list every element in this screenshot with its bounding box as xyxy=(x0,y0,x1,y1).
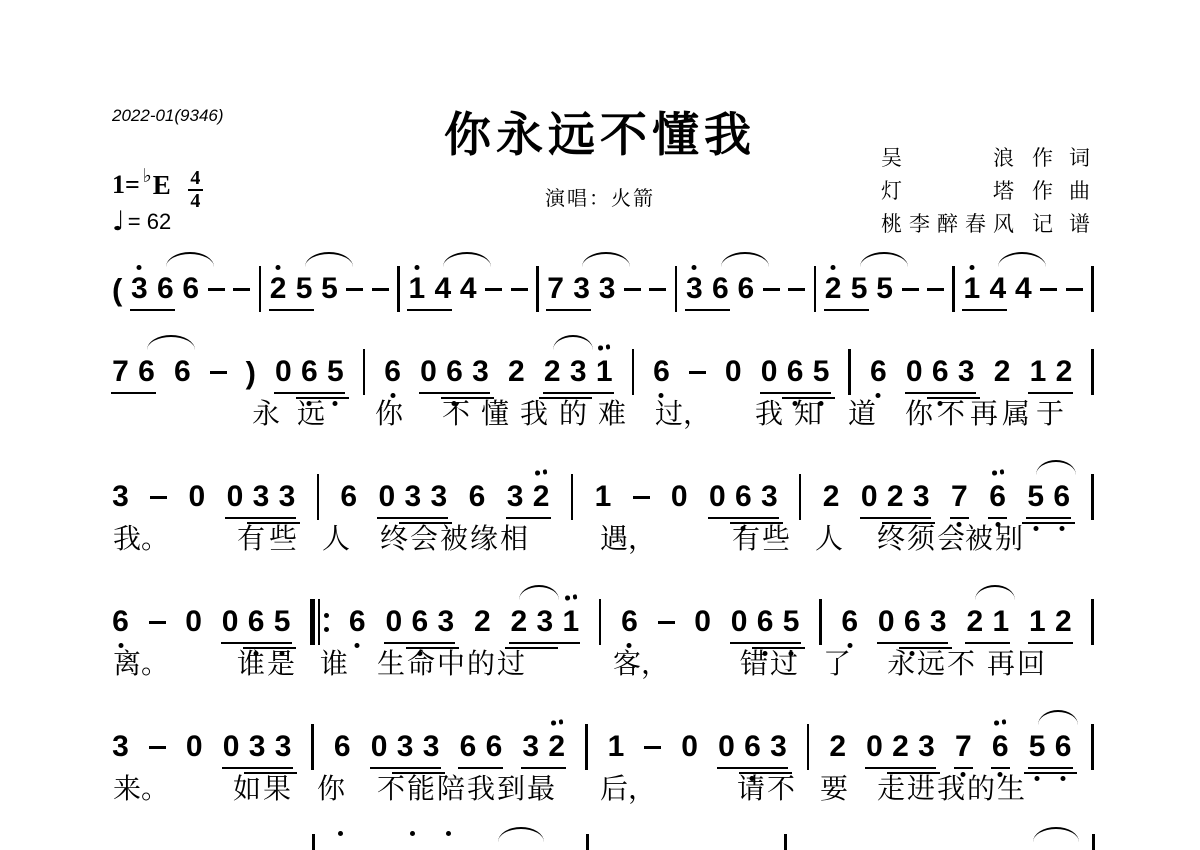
dot xyxy=(999,469,1004,474)
lyric-char: 我 xyxy=(467,767,495,807)
time-signature: 4 4 xyxy=(188,169,203,211)
music-system-4: 60065606322316006560632112 xyxy=(112,599,1094,639)
beam-group: 12 xyxy=(1029,355,1072,389)
beam-underline xyxy=(269,309,314,312)
note-digit: 2 xyxy=(1055,605,1072,638)
note: 7 xyxy=(955,730,972,764)
beam-group: 32 xyxy=(507,480,550,514)
lyric-char: 被 xyxy=(965,517,993,557)
lyric-char: 生 xyxy=(997,767,1025,807)
slur-arc xyxy=(443,252,491,267)
lyric-char: 中 xyxy=(437,642,465,682)
note-digit: 1 xyxy=(408,272,425,305)
note-digit: 0 xyxy=(718,730,735,763)
note: 6 xyxy=(904,605,921,639)
duration-dash xyxy=(763,288,780,292)
note-digit: 3 xyxy=(253,480,270,513)
note: 0 xyxy=(725,355,742,389)
beam-group: 063 xyxy=(709,480,778,514)
slur-arc xyxy=(147,335,195,350)
note: 6 xyxy=(182,272,199,306)
note-digit: 3 xyxy=(770,730,787,763)
note: 0 xyxy=(671,480,688,514)
note: 3 xyxy=(770,730,787,764)
note-digit: 6 xyxy=(904,605,921,638)
lyric-char: 远 xyxy=(917,642,945,682)
beam-group: 56 xyxy=(1029,730,1072,764)
note-digit: 0 xyxy=(379,480,396,513)
lyric-char: 懂 xyxy=(481,392,509,432)
barline xyxy=(814,266,817,312)
key-signature: 1=♭E 4 4 xyxy=(112,170,203,211)
credit-role-char: 谱 xyxy=(1069,208,1090,238)
dot xyxy=(324,627,329,632)
note: 6 xyxy=(989,480,1006,514)
note: 1 xyxy=(963,272,980,306)
note: 3 xyxy=(761,480,778,514)
lyric-char: 果 xyxy=(263,767,291,807)
barline xyxy=(807,724,810,770)
note: 6 xyxy=(174,355,191,389)
note-digit: 5 xyxy=(1029,730,1046,763)
note: 2 xyxy=(892,730,909,764)
barline xyxy=(311,724,314,770)
octave-dot-high xyxy=(410,831,415,836)
note: 6 xyxy=(411,605,428,639)
note-digit: 3 xyxy=(958,355,975,388)
slur-arc xyxy=(721,252,769,267)
slur-arc xyxy=(975,585,1015,600)
note: 3 xyxy=(275,730,292,764)
dot xyxy=(572,594,577,599)
lyric-char: 命 xyxy=(407,642,435,682)
note: 0 xyxy=(223,730,240,764)
note-digit: 6 xyxy=(301,355,318,388)
note: 3 xyxy=(573,272,590,306)
beam-group: 231 xyxy=(510,605,579,639)
note: 0 xyxy=(371,730,388,764)
note-digit: 6 xyxy=(621,605,638,638)
note: 0 xyxy=(718,730,735,764)
slur-arc xyxy=(553,335,593,350)
note-digit: 2 xyxy=(887,480,904,513)
beam-group: 25 xyxy=(825,272,868,306)
beam-group: 14 xyxy=(963,272,1006,306)
slur-arc xyxy=(166,252,214,267)
note-digit: 2 xyxy=(892,730,909,763)
note: 6 xyxy=(334,730,351,764)
note: 2 xyxy=(887,480,904,514)
note: 1 xyxy=(1029,605,1046,639)
note-digit: 0 xyxy=(866,730,883,763)
duration-dash xyxy=(233,288,250,292)
meter-numerator: 4 xyxy=(190,169,200,188)
lyric-char: 的 xyxy=(559,392,587,432)
note: 2 xyxy=(533,480,550,514)
credit-name-char: 塔 xyxy=(993,175,1014,205)
music-system-1: (366255144733366255144 xyxy=(112,266,1094,306)
dot xyxy=(535,470,540,475)
note-digit: 0 xyxy=(681,730,698,763)
lyric-char: 不 xyxy=(947,642,975,682)
slur-arc xyxy=(1033,827,1079,842)
note-digit: 6 xyxy=(757,605,774,638)
note-digit: 3 xyxy=(279,480,296,513)
lyric-char: 人 xyxy=(815,517,843,557)
lyric-char: 被 xyxy=(440,517,468,557)
lyric-char: 终 xyxy=(877,517,905,557)
credit-name-char: 风 xyxy=(993,208,1014,238)
note: 6 xyxy=(992,730,1009,764)
lyric-char: 人 xyxy=(322,517,350,557)
note: 1 xyxy=(992,605,1009,639)
duration-dash xyxy=(149,621,166,625)
note-digit: 0 xyxy=(185,605,202,638)
barline xyxy=(675,266,678,312)
octave-dot-low xyxy=(333,401,338,406)
note-digit: 1 xyxy=(596,355,613,388)
key-prefix: 1= xyxy=(112,170,140,200)
note: 3 xyxy=(430,480,447,514)
note-digit: 0 xyxy=(186,730,203,763)
note-digit: 0 xyxy=(878,605,895,638)
dot xyxy=(1001,719,1006,724)
note: 3 xyxy=(131,272,148,306)
slur-arc xyxy=(1038,710,1078,725)
note: 2 xyxy=(548,730,565,764)
note-digit: 6 xyxy=(932,355,949,388)
note-digit: 0 xyxy=(761,355,778,388)
barline xyxy=(259,266,262,312)
note: 6 xyxy=(468,480,485,514)
barline xyxy=(1091,266,1094,312)
note: 1 xyxy=(408,272,425,306)
note: 3 xyxy=(507,480,524,514)
note-digit: 1 xyxy=(1029,605,1046,638)
lyric-char: 生 xyxy=(377,642,405,682)
beam-group: 065 xyxy=(222,605,291,639)
note-digit: 4 xyxy=(460,272,477,305)
duration-dash xyxy=(644,746,661,750)
barline xyxy=(585,724,588,770)
note-digit: 0 xyxy=(223,730,240,763)
lyric-char: 陪 xyxy=(437,767,465,807)
note-digit: 0 xyxy=(371,730,388,763)
note: 6 xyxy=(744,730,761,764)
note: 4 xyxy=(1015,272,1032,306)
note-digit: 6 xyxy=(411,605,428,638)
note-digit: 5 xyxy=(851,272,868,305)
note: 2 xyxy=(825,272,842,306)
barline xyxy=(784,834,787,850)
credit-name-char: 春 xyxy=(965,208,986,238)
barline xyxy=(952,266,955,312)
note: 3 xyxy=(918,730,935,764)
lyric-char: 的 xyxy=(467,642,495,682)
duration-dash xyxy=(902,288,919,292)
note-digit: 5 xyxy=(813,355,830,388)
barline xyxy=(363,349,366,395)
note-digit: 6 xyxy=(112,605,129,638)
note: 6 xyxy=(712,272,729,306)
note: 3 xyxy=(112,730,129,764)
octave-dot-low xyxy=(355,643,360,648)
note-digit: 3 xyxy=(423,730,440,763)
note: 2 xyxy=(474,605,491,639)
note-digit: 6 xyxy=(446,355,463,388)
note-digit: 4 xyxy=(990,272,1007,305)
note: 0 xyxy=(226,480,243,514)
lyric-char: 相 xyxy=(500,517,528,557)
beam-group: 063 xyxy=(878,605,947,639)
duration-dash xyxy=(927,288,944,292)
note: 5 xyxy=(783,605,800,639)
beam-group: 063 xyxy=(420,355,489,389)
slur-arc xyxy=(498,827,544,842)
barline xyxy=(848,349,851,395)
duration-dash xyxy=(788,288,805,292)
note-digit: 1 xyxy=(964,272,981,305)
ornament-double-dot xyxy=(994,719,1007,725)
note: 2 xyxy=(823,480,840,514)
note-digit: 7 xyxy=(951,480,968,513)
lyric-char: 进 xyxy=(907,767,935,807)
note-digit: 1 xyxy=(1030,355,1047,388)
quarter-note-icon: ♩ xyxy=(112,206,125,237)
note-digit: 6 xyxy=(349,605,366,638)
note-digit: 6 xyxy=(712,272,729,305)
beam-group: 73 xyxy=(547,272,590,306)
lyric-char: 缘 xyxy=(470,517,498,557)
duration-dash xyxy=(658,621,675,625)
slur-arc xyxy=(998,252,1046,267)
note-digit: 6 xyxy=(992,730,1009,763)
note-digit: 2 xyxy=(966,605,983,638)
duration-dash xyxy=(372,288,389,292)
lyric-char: 难 xyxy=(598,392,626,432)
note-digit: 5 xyxy=(321,272,338,305)
note-digit: 0 xyxy=(906,355,923,388)
note: 3 xyxy=(423,730,440,764)
beam-group: 033 xyxy=(226,480,295,514)
duration-dash xyxy=(633,496,650,500)
barline xyxy=(397,266,400,312)
note-digit: 3 xyxy=(573,272,590,305)
octave-dot-low xyxy=(1035,776,1040,781)
note: 6 xyxy=(340,480,357,514)
note-digit: 3 xyxy=(918,730,935,763)
note-digit: 6 xyxy=(735,480,752,513)
note: 3 xyxy=(249,730,266,764)
note-digit: 6 xyxy=(469,480,486,513)
tempo-marking: ♩ = 62 xyxy=(112,206,171,237)
note-digit: 1 xyxy=(608,730,625,763)
note-digit: 3 xyxy=(405,480,422,513)
octave-dot-low xyxy=(1059,526,1064,531)
note-digit: 2 xyxy=(548,730,565,763)
credit-role: 作曲 xyxy=(1032,175,1090,205)
repeat-dots xyxy=(324,613,329,632)
note-digit: 2 xyxy=(823,480,840,513)
lyric-char: 终 xyxy=(380,517,408,557)
note: 1 xyxy=(607,730,624,764)
slur-arc xyxy=(860,252,908,267)
note-digit: 6 xyxy=(737,272,754,305)
note: 6 xyxy=(157,272,174,306)
note-digit: 3 xyxy=(275,730,292,763)
lyric-char: 会 xyxy=(937,517,965,557)
beam-group: 023 xyxy=(866,730,935,764)
duration-dash xyxy=(1040,288,1057,292)
ornament-double-dot xyxy=(550,719,563,725)
note-digit: 2 xyxy=(544,355,561,388)
note: 6 xyxy=(1055,730,1072,764)
note: 3 xyxy=(570,355,587,389)
octave-dot-high xyxy=(137,265,142,270)
note: 6 xyxy=(787,355,804,389)
lyric-char: 最 xyxy=(527,767,555,807)
note: 1 xyxy=(596,355,613,389)
barline xyxy=(1091,349,1094,395)
credit-role: 作词 xyxy=(1032,142,1090,172)
dot xyxy=(598,345,603,350)
lyric-char: 不 xyxy=(442,392,470,432)
lyric-char: 不 xyxy=(377,767,405,807)
note: 6 xyxy=(621,605,638,639)
note-digit: 3 xyxy=(686,272,703,305)
beam-underline xyxy=(1026,517,1071,520)
note: 3 xyxy=(252,480,269,514)
meter-denominator: 4 xyxy=(190,192,200,211)
note-digit: 6 xyxy=(384,355,401,388)
note: 2 xyxy=(994,355,1011,389)
note: 0 xyxy=(188,480,205,514)
note: 0 xyxy=(694,605,711,639)
barline xyxy=(1091,599,1094,645)
note: 7 xyxy=(951,480,968,514)
note-digit: 2 xyxy=(829,730,846,763)
lyric-char: 走 xyxy=(877,767,905,807)
ornament-double-dot xyxy=(535,469,548,475)
dot xyxy=(605,344,610,349)
lyric-char: 过， xyxy=(655,392,711,432)
note: 0 xyxy=(681,730,698,764)
lyric-char: 谁 xyxy=(320,642,348,682)
note-digit: 0 xyxy=(222,605,239,638)
beam-group: 065 xyxy=(275,355,344,389)
credit-role-char: 记 xyxy=(1032,208,1053,238)
note-digit: 6 xyxy=(870,355,887,388)
lyric-char: 属 xyxy=(1002,392,1030,432)
note: 2 xyxy=(544,355,561,389)
ornament-double-dot xyxy=(991,469,1004,475)
lyric-char: 有 xyxy=(237,517,265,557)
lyric-char: 远 xyxy=(297,392,325,432)
note: 3 xyxy=(278,480,295,514)
note-digit: 6 xyxy=(174,355,191,388)
credit-line: 桃李醉春风记谱 xyxy=(881,208,1090,241)
note-digit: 6 xyxy=(340,480,357,513)
beam-underline xyxy=(546,309,591,312)
dot xyxy=(991,470,996,475)
note: 6 xyxy=(459,730,476,764)
note-digit: 7 xyxy=(955,730,972,763)
duration-dash xyxy=(210,371,227,375)
credit-role-char: 作 xyxy=(1032,142,1053,172)
barline xyxy=(819,599,822,645)
lyric-char: 我 xyxy=(937,767,965,807)
note-digit: 3 xyxy=(570,355,587,388)
beam-group: 76 xyxy=(112,355,155,389)
note: 2 xyxy=(1055,605,1072,639)
ornament-double-dot xyxy=(565,594,578,600)
note: 6 xyxy=(301,355,318,389)
beam-group: 36 xyxy=(131,272,174,306)
credit-role-char: 词 xyxy=(1069,142,1090,172)
octave-dot-low xyxy=(876,393,881,398)
credits-block: 吴浪作词灯塔作曲桃李醉春风记谱 xyxy=(881,142,1090,241)
note: 1 xyxy=(594,480,611,514)
octave-dot-high xyxy=(969,265,974,270)
note: 0 xyxy=(878,605,895,639)
octave-dot-high xyxy=(831,265,836,270)
lyric-char: 你 xyxy=(905,392,933,432)
beam-group: 14 xyxy=(408,272,451,306)
credit-name-char: 浪 xyxy=(993,142,1014,172)
note: 0 xyxy=(420,355,437,389)
beam-group: 25 xyxy=(270,272,313,306)
note-digit: 6 xyxy=(1055,730,1072,763)
lyric-char: 要 xyxy=(820,767,848,807)
credit-line: 吴浪作词 xyxy=(881,142,1090,175)
note-digit: 2 xyxy=(474,605,491,638)
note-digit: 3 xyxy=(397,730,414,763)
lyric-char: 离。 xyxy=(113,642,169,682)
note: 6 xyxy=(485,730,502,764)
flat-icon: ♭ xyxy=(143,165,152,187)
note-digit: 3 xyxy=(599,272,616,305)
note-digit: 2 xyxy=(508,355,525,388)
note-digit: 0 xyxy=(731,605,748,638)
note: 2 xyxy=(966,605,983,639)
note-digit: 6 xyxy=(787,355,804,388)
note-digit: 3 xyxy=(761,480,778,513)
lyric-char: 来。 xyxy=(113,767,169,807)
octave-dot-low xyxy=(1033,526,1038,531)
lyric-char: 须 xyxy=(907,517,935,557)
barline xyxy=(571,474,574,520)
note: 6 xyxy=(653,355,670,389)
beam-group: 023 xyxy=(861,480,930,514)
parenthesis: ) xyxy=(246,355,256,389)
dot xyxy=(994,720,999,725)
beam-group: 36 xyxy=(686,272,729,306)
beam-group: 063 xyxy=(906,355,975,389)
note-digit: 0 xyxy=(725,355,742,388)
note-digit: 5 xyxy=(876,272,893,305)
credit-name-char: 李 xyxy=(909,208,930,238)
note-digit: 3 xyxy=(913,480,930,513)
credit-name: 灯塔 xyxy=(881,175,1014,205)
duration-dash xyxy=(149,746,166,750)
note: 0 xyxy=(866,730,883,764)
thin-bar xyxy=(318,599,320,645)
note: 5 xyxy=(327,355,344,389)
key-note: E xyxy=(153,170,171,201)
note: 3 xyxy=(397,730,414,764)
note-digit: 5 xyxy=(1027,480,1044,513)
note: 6 xyxy=(446,355,463,389)
